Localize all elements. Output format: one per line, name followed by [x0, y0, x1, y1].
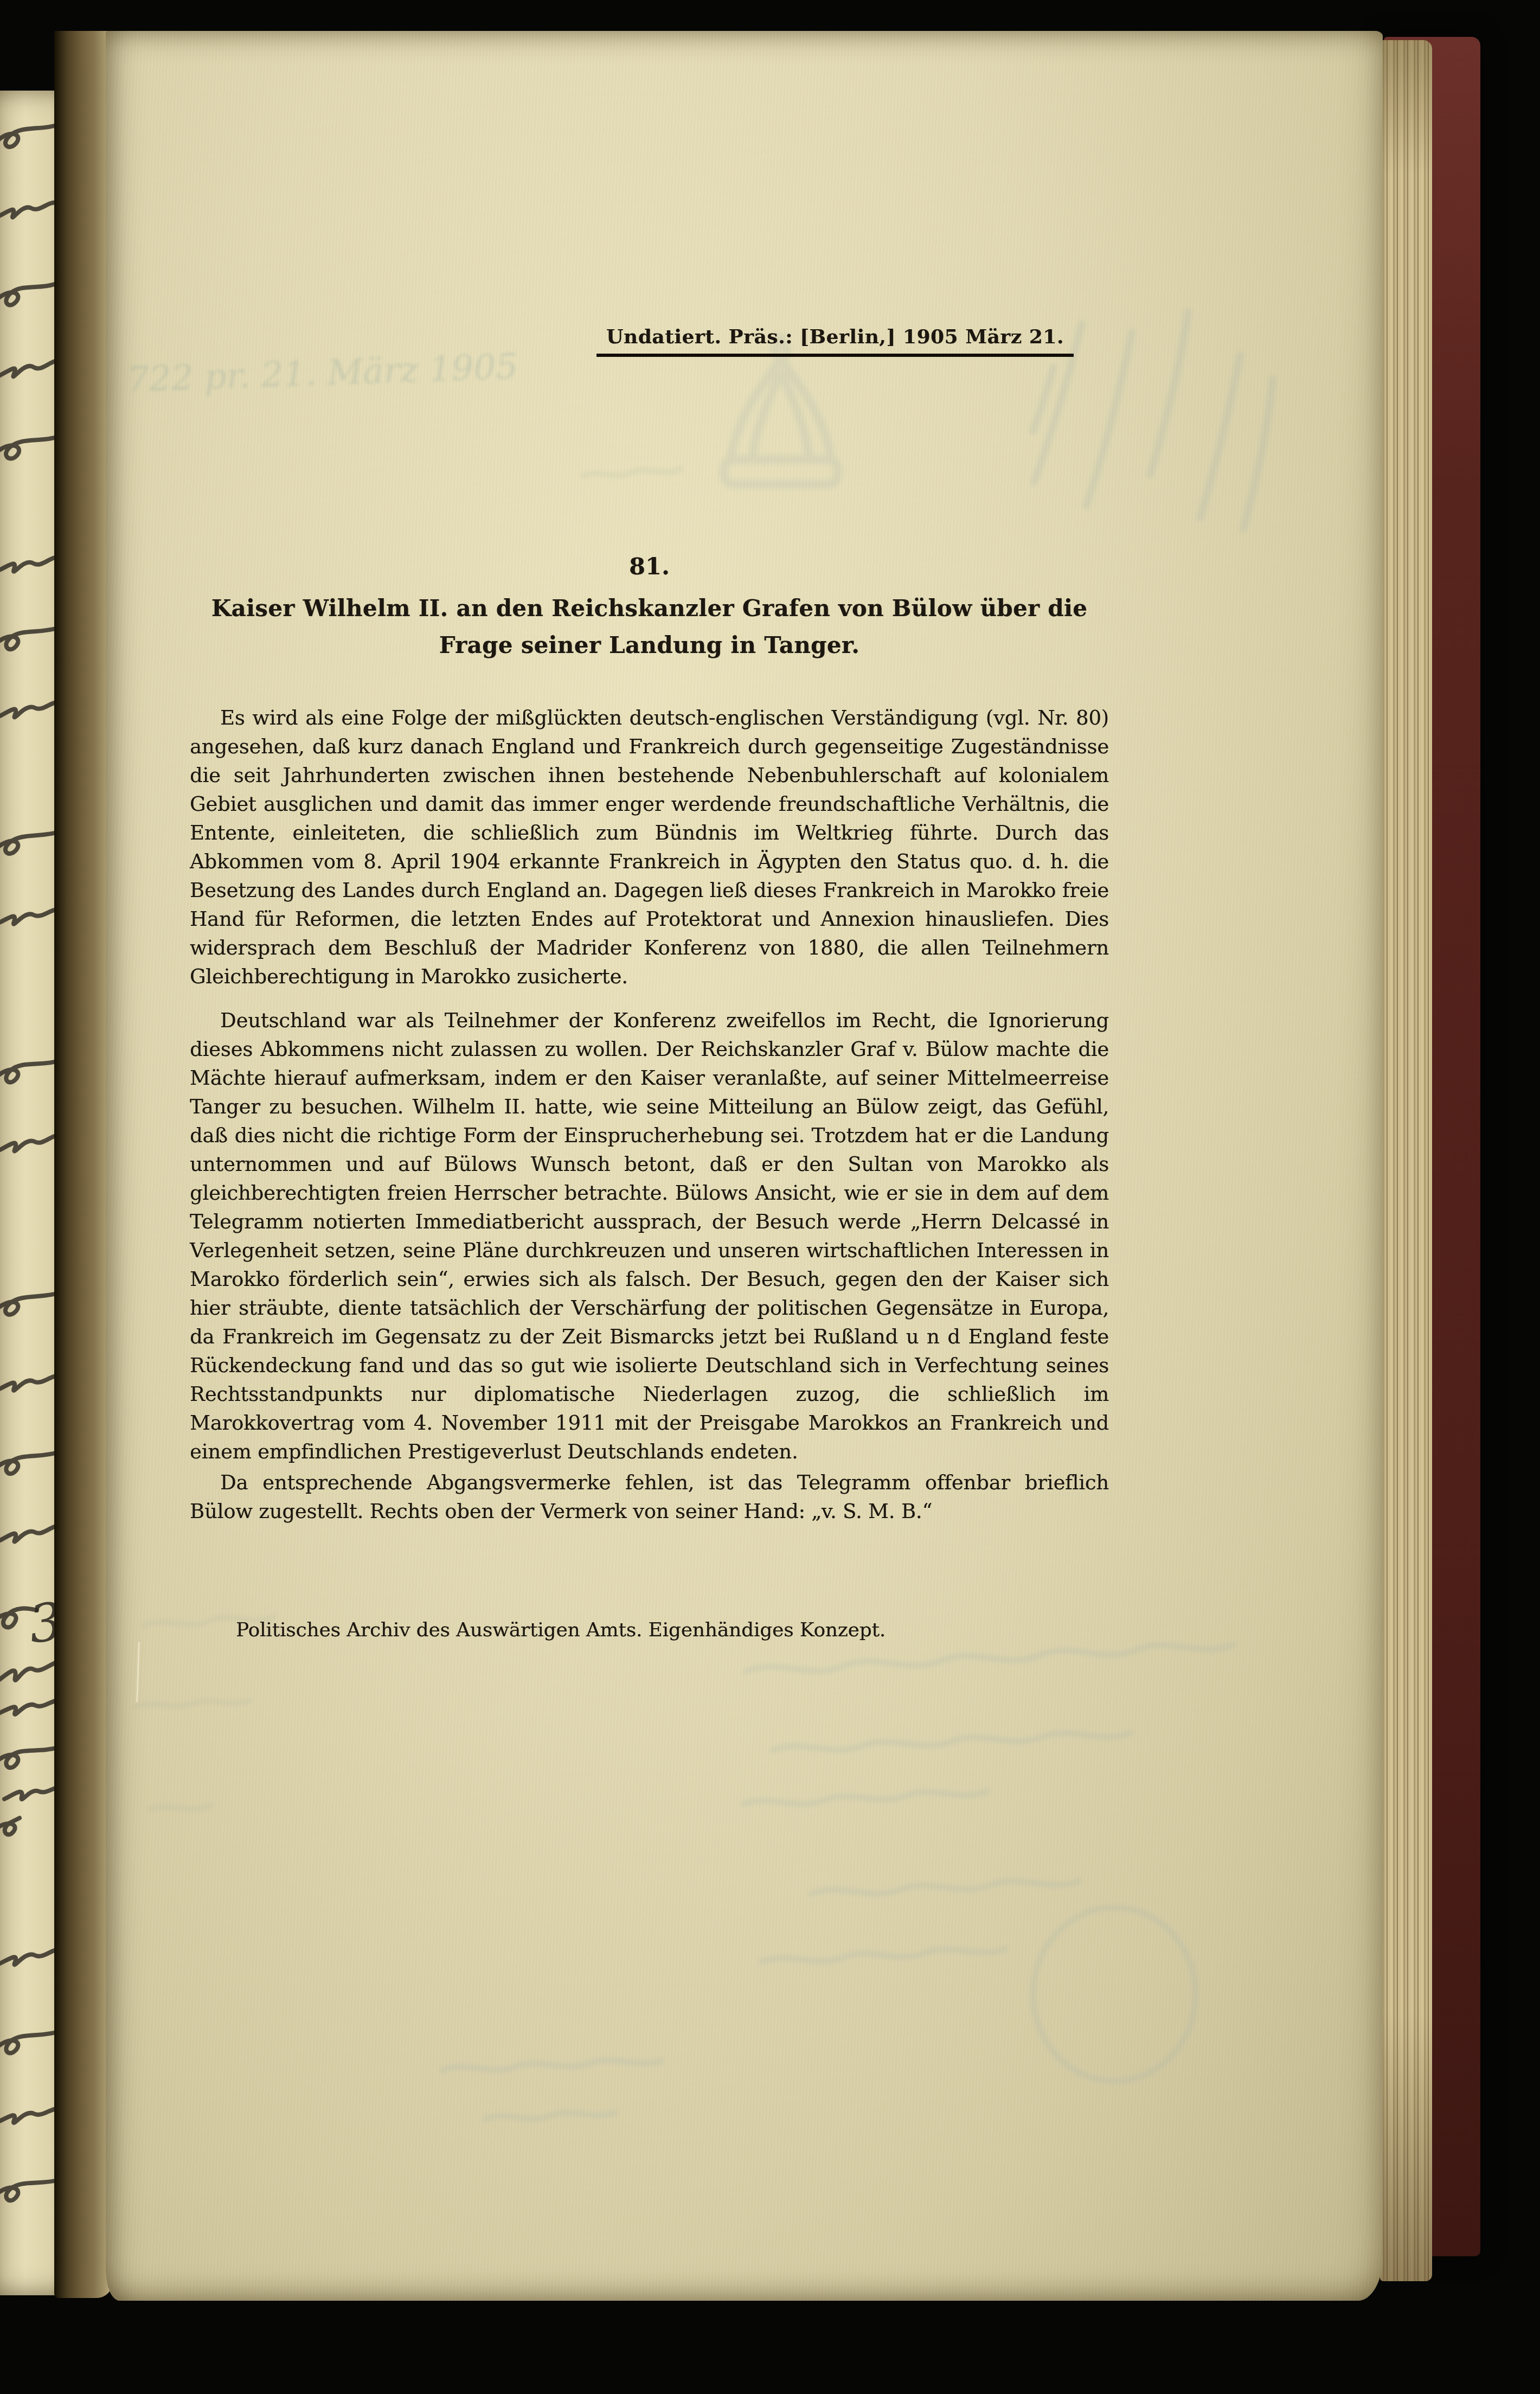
body-paragraph-3: Da entsprechende Abgangsvermerke fehlen,…: [190, 1468, 1109, 1526]
book-photo: { "document": { "presentation_note": "Un…: [0, 0, 1540, 2394]
document-title-line-1: Kaiser Wilhelm II. an den Reichskanzler …: [190, 595, 1109, 622]
registry-ghost-note: 722 pr. 21. März 1905: [126, 347, 518, 400]
page-stack-edge: [1380, 40, 1432, 2281]
source-note: Politisches Archiv des Auswärtigen Amts.…: [236, 1619, 1158, 1641]
gutter-shadow: [54, 31, 113, 2298]
document-number: 81.: [190, 553, 1109, 580]
body-paragraph-2: Deutschland war als Teilnehmer der Konfe…: [190, 1006, 1109, 1466]
document-page: 722 pr. 21. März 1905: [106, 31, 1383, 2301]
document-title-line-2: Frage seiner Landung in Tanger.: [190, 632, 1109, 658]
presentation-note: Undatiert. Präs.: [Berlin,] 1905 März 21…: [596, 325, 1074, 357]
body-paragraph-1: Es wird als eine Folge der mißglückten d…: [190, 703, 1109, 991]
bottom-ghost-strokes: [442, 1644, 1234, 2119]
